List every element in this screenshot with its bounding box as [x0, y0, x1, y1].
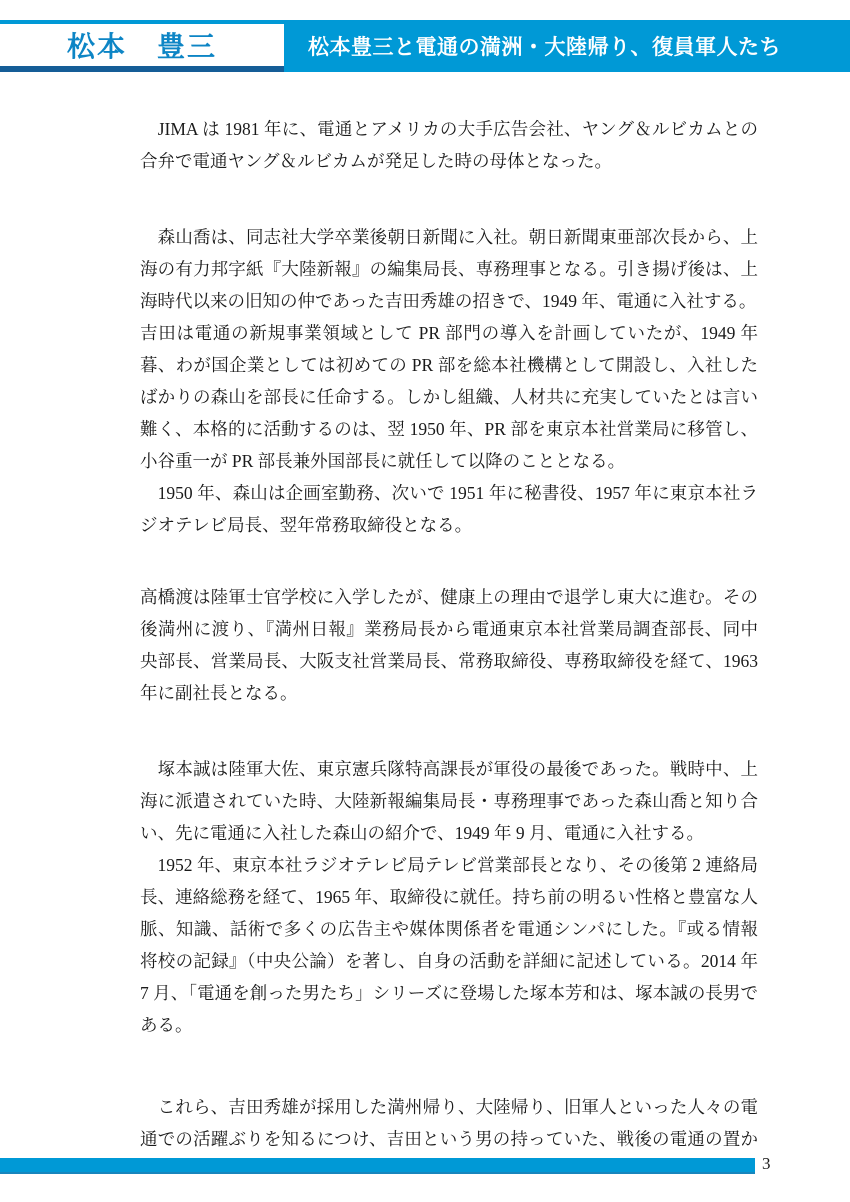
header-name-box: 松本 豊三	[0, 24, 284, 66]
body-text: JIMA は 1981 年に、電通とアメリカの大手広告会社、ヤング＆ルビカムとの…	[140, 113, 758, 1155]
paragraph: JIMA は 1981 年に、電通とアメリカの大手広告会社、ヤング＆ルビカムとの…	[140, 113, 758, 177]
paragraph: 高橋渡は陸軍士官学校に入学したが、健康上の理由で退学し東大に進む。その後満州に渡…	[140, 581, 758, 709]
page-number: 3	[762, 1153, 771, 1175]
paragraph: 塚本誠は陸軍大佐、東京憲兵隊特高課長が軍役の最後であった。戦時中、上海に派遣され…	[140, 753, 758, 849]
header-navy-rule	[0, 66, 284, 72]
header-band: 松本 豊三 松本豊三と電通の満洲・大陸帰り、復員軍人たち	[0, 20, 850, 72]
chapter-title: 松本豊三と電通の満洲・大陸帰り、復員軍人たち	[308, 20, 781, 72]
author-name: 松本 豊三	[67, 25, 217, 65]
paragraph: 1952 年、東京本社ラジオテレビ局テレビ営業部長となり、その後第 2 連絡局長…	[140, 849, 758, 1041]
footer-rule	[0, 1158, 755, 1174]
paragraph: 吉田は電通の新規事業領域として PR 部門の導入を計画していたが、1949 年暮…	[140, 317, 758, 477]
document-page: 松本 豊三 松本豊三と電通の満洲・大陸帰り、復員軍人たち JIMA は 1981…	[0, 0, 850, 1202]
paragraph: これら、吉田秀雄が採用した満州帰り、大陸帰り、旧軍人といった人々の電通での活躍ぶ…	[140, 1091, 758, 1155]
paragraph: 1950 年、森山は企画室勤務、次いで 1951 年に秘書役、1957 年に東京…	[140, 477, 758, 541]
paragraph: 森山喬は、同志社大学卒業後朝日新聞に入社。朝日新聞東亜部次長から、上海の有力邦字…	[140, 221, 758, 317]
